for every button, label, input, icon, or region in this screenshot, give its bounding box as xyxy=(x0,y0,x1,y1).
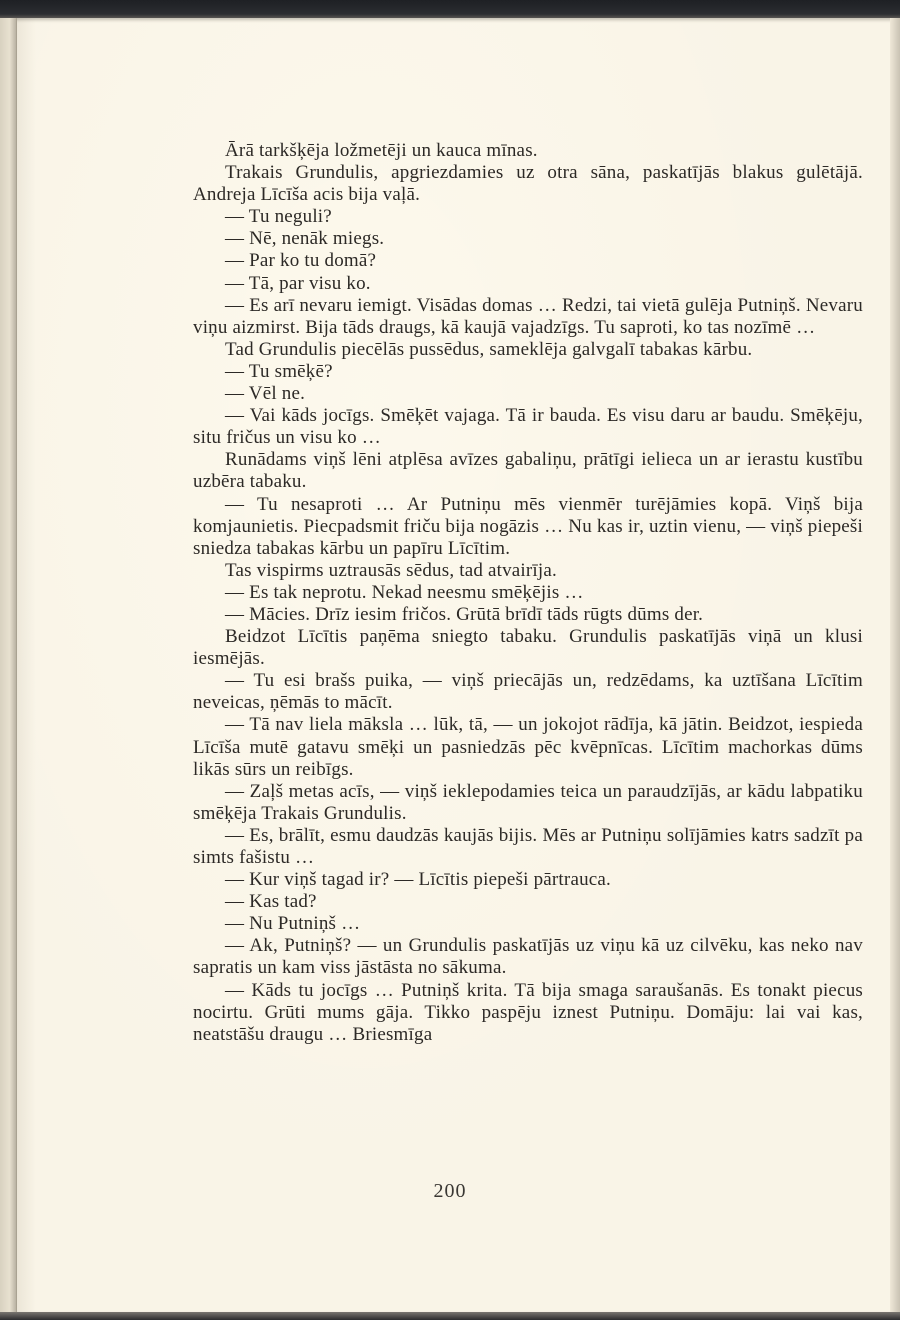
dialogue-line: — Tā, par visu ko. xyxy=(193,273,863,295)
paragraph: Trakais Grundulis, apgriezdamies uz otra… xyxy=(193,162,863,206)
dialogue-line: — Ak, Putniņš? — un Grundulis paskatījās… xyxy=(193,935,863,979)
paragraph: Tad Grundulis piecēlās pussēdus, sameklē… xyxy=(193,339,863,361)
dialogue-line: — Nē, nenāk miegs. xyxy=(193,228,863,250)
dialogue-line: — Par ko tu domā? xyxy=(193,250,863,272)
page-number: 200 xyxy=(0,1180,900,1203)
paragraph: Runādams viņš lēni atplēsa avīzes gabali… xyxy=(193,449,863,493)
dialogue-line: — Tā nav liela māksla … lūk, tā, — un jo… xyxy=(193,714,863,780)
dialogue-line: — Es, brālīt, esmu daudzās kaujās bijis.… xyxy=(193,825,863,869)
dialogue-line: — Kāds tu jocīgs … Putniņš krita. Tā bij… xyxy=(193,980,863,1046)
paragraph: Ārā tarkšķēja ložmetēji un kauca mīnas. xyxy=(193,140,863,162)
scan-bottom-edge xyxy=(0,1312,900,1320)
paragraph: Beidzot Līcītis paņēma sniegto tabaku. G… xyxy=(193,626,863,670)
scan-right-edge xyxy=(890,18,900,1312)
dialogue-line: — Kas tad? xyxy=(193,891,863,913)
dialogue-line: — Es arī nevaru iemigt. Visādas domas … … xyxy=(193,295,863,339)
dialogue-line: — Nu Putniņš … xyxy=(193,913,863,935)
dialogue-line: — Zaļš metas acīs, — viņš ieklepodamies … xyxy=(193,781,863,825)
dialogue-line: — Es tak neprotu. Nekad neesmu smēķējis … xyxy=(193,582,863,604)
dialogue-line: — Tu nesaproti … Ar Putniņu mēs vienmēr … xyxy=(193,494,863,560)
scan-top-edge xyxy=(0,0,900,20)
dialogue-line: — Mācies. Drīz iesim fričos. Grūtā brīdī… xyxy=(193,604,863,626)
page-gutter xyxy=(0,18,17,1312)
dialogue-line: — Tu smēķē? xyxy=(193,361,863,383)
dialogue-line: — Kur viņš tagad ir? — Līcītis piepeši p… xyxy=(193,869,863,891)
dialogue-line: — Tu esi brašs puika, — viņš priecājās u… xyxy=(193,670,863,714)
dialogue-line: — Tu neguli? xyxy=(193,206,863,228)
dialogue-line: — Vai kāds jocīgs. Smēķēt vajaga. Tā ir … xyxy=(193,405,863,449)
dialogue-line: — Vēl ne. xyxy=(193,383,863,405)
paragraph: Tas vispirms uztrausās sēdus, tad atvair… xyxy=(193,560,863,582)
body-text: Ārā tarkšķēja ložmetēji un kauca mīnas. … xyxy=(193,140,863,1046)
